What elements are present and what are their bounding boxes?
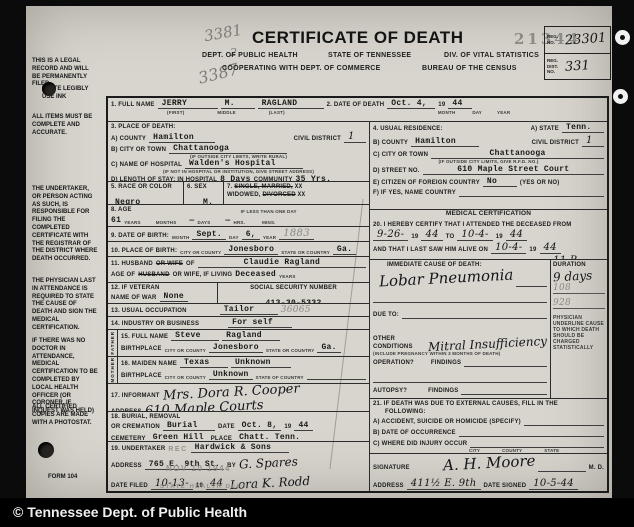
header-dept: DEPT. OF PUBLIC HEALTH bbox=[202, 52, 298, 59]
residence-state: Tenn. bbox=[562, 123, 604, 133]
certify-pre1: 19 bbox=[411, 233, 418, 241]
father-bp-state: Ga. bbox=[317, 343, 340, 353]
field-occupation: 13. USUAL OCCUPATION Tailor 36065 bbox=[108, 304, 369, 317]
spouse-age-value: Deceased bbox=[235, 270, 276, 279]
operation-rule-2 bbox=[373, 375, 547, 383]
external-b: B) DATE OF OCCURRENCE bbox=[373, 429, 456, 437]
field-burial: 18. BURIAL, REMOVAL OR CREMATION Burial … bbox=[108, 412, 369, 442]
ssn-label: SOCIAL SECURITY NUMBER bbox=[221, 284, 366, 292]
burial-year-pre: 19 bbox=[284, 423, 291, 431]
mother-tab: MOTHER bbox=[108, 357, 118, 383]
field-place-of-birth: 10. PLACE OF BIRTH: CITY OR COUNTY Jones… bbox=[108, 242, 369, 257]
mother-bp-state-line bbox=[307, 372, 366, 380]
field-industry: 14. INDUSTRY OR BUSINESS For self bbox=[108, 317, 369, 330]
date-signed-label: DATE SIGNED bbox=[484, 482, 527, 490]
external-a: A) ACCIDENT, SUICIDE OR HOMICIDE (SPECIF… bbox=[373, 418, 521, 426]
ssn-cell: SOCIAL SECURITY NUMBER 413-30-5332 bbox=[218, 283, 369, 303]
hospital-label: C) NAME OF HOSPITAL bbox=[111, 161, 182, 169]
residence-district-label: CIVIL DISTRICT bbox=[532, 139, 579, 147]
header-bureau: BUREAU OF THE CENSUS bbox=[422, 65, 517, 72]
industry-value: For self bbox=[228, 318, 292, 328]
informant-label: 17. INFORMANT bbox=[111, 392, 160, 400]
margin-note-legal-record: THIS IS A LEGAL RECORD AND WILL BE PERMA… bbox=[32, 58, 98, 89]
veteran-cell: 12. IF VETERAN NAME OF WAR None bbox=[108, 283, 218, 303]
father-bp-city-label: CITY OR COUNTY bbox=[165, 348, 206, 353]
age-years-label: YEARS bbox=[124, 220, 141, 225]
race-cell: 5. RACE OR COLOR Negro bbox=[108, 182, 184, 204]
father-bp-city: Jonesboro bbox=[209, 343, 263, 353]
cemetery-label: CEMETERY bbox=[111, 435, 146, 442]
mother-name-label: 16. MAIDEN NAME bbox=[121, 360, 177, 368]
mother-bp-city-label: CITY OR COUNTY bbox=[165, 375, 206, 380]
margin-note-undertaker: THE UNDERTAKER, OR PERSON ACTING AS SUCH… bbox=[32, 186, 98, 264]
residence-city: Chattanooga bbox=[431, 149, 604, 159]
certify-line2: AND THAT I LAST SAW HIM ALIVE ON bbox=[373, 246, 488, 254]
field-undertaker: 19. UNDERTAKER REC Hardwick & Sons ADDRE… bbox=[108, 442, 369, 491]
duration-physician-column: DURATION 9 days 108 928 PHYSICIAN UNDERL… bbox=[550, 260, 607, 398]
spouse-struck-or-wife: OR WIFE bbox=[156, 260, 183, 268]
burial-year: 44 bbox=[294, 421, 312, 431]
physician-signature: A. H. Moore bbox=[442, 453, 535, 473]
place-of-death-title: 3. PLACE OF DEATH: bbox=[111, 123, 366, 131]
undertaker-label: 19. UNDERTAKER bbox=[111, 445, 165, 453]
occupation-pencil-code: 36065 bbox=[281, 305, 311, 315]
spouse-value: Claudie Ragland bbox=[198, 258, 366, 268]
field-mother: MOTHER 16. MAIDEN NAME Texas Unknown BIR… bbox=[108, 357, 369, 384]
certify-from-year: 44 bbox=[421, 229, 442, 241]
veteran-label-2: NAME OF WAR bbox=[111, 294, 157, 302]
spouse-label: 11. HUSBAND bbox=[111, 260, 153, 268]
father-tab: FATHER bbox=[108, 330, 118, 356]
external-title-2: FOLLOWING: bbox=[385, 408, 604, 416]
reg-no-label: REG. NO. bbox=[547, 34, 565, 45]
veteran-label-1: 12. IF VETERAN bbox=[111, 284, 214, 292]
marital-xx-2: XX bbox=[298, 191, 306, 198]
state-health-dept-stamp: STATE HEALTH DEPT. bbox=[160, 484, 250, 490]
sub-middle: MIDDLE bbox=[217, 110, 235, 115]
field-race-sex-marital: 5. RACE OR COLOR Negro 6. SEX M. 7. SING… bbox=[108, 182, 369, 205]
ifyes-country-line bbox=[459, 189, 604, 197]
ifyes-country-label: F) IF YES, NAME COUNTRY bbox=[373, 189, 456, 197]
residence-state-label: A) STATE bbox=[531, 125, 559, 133]
citizen-label: E) CITIZEN OF FOREIGN COUNTRY bbox=[373, 179, 480, 187]
dob-year: 1883 bbox=[279, 228, 314, 240]
header-state: STATE OF TENNESSEE bbox=[328, 52, 411, 59]
duration-pencil-code-1: 108 bbox=[553, 283, 605, 294]
md-label: M. D. bbox=[589, 464, 604, 472]
father-content: 15. FULL NAME Steve Ragland BIRTHPLACE C… bbox=[118, 330, 369, 356]
field-external-causes: 21. IF DEATH WAS DUE TO EXTERNAL CAUSES,… bbox=[370, 399, 607, 453]
spouse-age-rest: OR WIFE, IF LIVING bbox=[173, 271, 233, 279]
burial-value: Burial bbox=[163, 421, 215, 431]
industry-label: 14. INDUSTRY OR BUSINESS bbox=[111, 320, 199, 328]
age-mins-label: MINS. bbox=[262, 220, 276, 225]
margin-note-photostat: ALL CERTIFIED COPIES ARE MADE WITH A PHO… bbox=[32, 404, 98, 427]
duration-pencil-code-2: 928 bbox=[553, 298, 605, 309]
pob-city: Jonesboro bbox=[224, 245, 278, 255]
operation-label: OPERATION? bbox=[373, 359, 414, 367]
undertaker-value: Hardwick & Sons bbox=[191, 443, 289, 453]
burial-label: 18. BURIAL, REMOVAL bbox=[111, 413, 180, 421]
residence-street-label: D) STREET NO. bbox=[373, 167, 420, 175]
mother-bp-city: Unknown bbox=[209, 370, 253, 380]
date-filed-label: DATE FILED bbox=[111, 482, 148, 490]
marital-widowed: WIDOWED, bbox=[227, 192, 261, 198]
right-column: 4. USUAL RESIDENCE: A) STATE Tenn. B) CO… bbox=[370, 122, 607, 491]
field-signature: SIGNATURE A. H. Moore M. D. bbox=[370, 453, 607, 473]
spouse-of: OF bbox=[186, 260, 195, 268]
city-or-town-value: Chattanooga bbox=[169, 144, 287, 154]
mother-birthplace-label: BIRTHPLACE bbox=[121, 372, 162, 380]
certificate-paper: 3381 2 3387 CERTIFICATE OF DEATH 21344 D… bbox=[26, 6, 612, 498]
field-operation-autopsy: OPERATION? FINDINGS AUTOPSY? FINDINGS bbox=[370, 358, 550, 398]
due-to-label: DUE TO: bbox=[373, 311, 399, 319]
dob-month: Sept. bbox=[192, 230, 226, 240]
age-label: 8. AGE bbox=[111, 206, 132, 214]
physician-address: 411½ E. 9th bbox=[407, 478, 481, 490]
due-to-line bbox=[402, 311, 547, 319]
date-signed-value: 10-5-44 bbox=[529, 478, 578, 490]
certify-from: 9-26- bbox=[373, 229, 408, 241]
certify-line1: 20. I HEREBY CERTIFY THAT I ATTENDED THE… bbox=[373, 221, 572, 229]
residence-county: Hamilton bbox=[411, 137, 479, 147]
age-hrs-dash: — bbox=[225, 216, 230, 225]
residence-city-sub: (IF OUTSIDE CITY LIMITS, GIVE R.F.D. NO.… bbox=[373, 159, 604, 164]
cause-block: IMMEDIATE CAUSE OF DEATH: Lobar Pneumoni… bbox=[370, 260, 607, 399]
reg-dist-value: 331 bbox=[565, 58, 591, 75]
field-usual-residence: 4. USUAL RESIDENCE: A) STATE Tenn. B) CO… bbox=[370, 122, 607, 210]
autopsy-line bbox=[461, 387, 547, 395]
father-bp-state-label: STATE OR COUNTRY bbox=[266, 348, 315, 353]
autopsy-findings-label: FINDINGS bbox=[428, 387, 458, 395]
external-c: C) WHERE DID INJURY OCCUR bbox=[373, 440, 467, 448]
signature-label: SIGNATURE bbox=[373, 464, 410, 472]
field-date-of-birth: 9. DATE OF BIRTH: MONTH Sept. DAY 6, YEA… bbox=[108, 227, 369, 242]
age-months-label: MONTHS bbox=[156, 220, 177, 225]
field-age: 8. AGE IF LESS THAN ONE DAY 61 YEARS MON… bbox=[108, 205, 369, 227]
received-date-stamp: NOV 10 1944 bbox=[166, 464, 231, 473]
reg-dist-label: REG. DIST. NO. bbox=[547, 58, 565, 74]
punch-hole-left-top bbox=[42, 82, 56, 96]
age-days-label: DAYS bbox=[198, 220, 211, 225]
field-veteran-ssn: 12. IF VETERAN NAME OF WAR None SOCIAL S… bbox=[108, 283, 369, 304]
field-informant: 17. INFORMANT Mrs. Dora R. Cooper ADDRES… bbox=[108, 384, 369, 412]
dob-day: 6, bbox=[242, 230, 260, 240]
certificate-title: CERTIFICATE OF DEATH bbox=[252, 28, 463, 48]
external-b-line bbox=[459, 429, 604, 437]
cause-left: IMMEDIATE CAUSE OF DEATH: Lobar Pneumoni… bbox=[370, 260, 550, 398]
residence-county-label: B) COUNTY bbox=[373, 139, 408, 147]
other-conditions-label: OTHER CONDITIONS bbox=[373, 335, 425, 351]
full-name-middle: M. bbox=[221, 99, 255, 109]
field-immediate-cause: IMMEDIATE CAUSE OF DEATH: Lobar Pneumoni… bbox=[370, 260, 550, 310]
field-certify: 20. I HEREBY CERTIFY THAT I ATTENDED THE… bbox=[370, 220, 607, 260]
hospital-value: Walden's Hospital bbox=[185, 159, 303, 169]
form-number: FORM 104 bbox=[48, 474, 114, 482]
dob-month-label: MONTH bbox=[172, 235, 190, 240]
image-credit-caption: © Tennessee Dept. of Public Health bbox=[0, 498, 634, 527]
field-other-conditions: OTHER CONDITIONS Mitral Insufficiency (I… bbox=[370, 334, 550, 358]
reg-no-cell: REG. NO. 23301 bbox=[545, 27, 610, 53]
marital-num: 7. bbox=[227, 184, 232, 190]
field-spouse: 11. HUSBAND OR WIFE OF Claudie Ragland A… bbox=[108, 257, 369, 283]
mother-content: 16. MAIDEN NAME Texas Unknown BIRTHPLACE… bbox=[118, 357, 369, 383]
occupation-value: Tailor bbox=[220, 305, 278, 315]
reg-dist-cell: REG. DIST. NO. 331 bbox=[545, 53, 610, 80]
race-value: Negro bbox=[111, 198, 145, 204]
sex-label: 6. SEX bbox=[187, 183, 220, 191]
sex-value: M. bbox=[199, 198, 217, 204]
signature-line bbox=[538, 464, 585, 472]
dob-day-label: DAY bbox=[229, 235, 239, 240]
physician-address-label: ADDRESS bbox=[373, 482, 404, 490]
date-of-death-year-pre: 19 bbox=[438, 101, 445, 109]
residence-title: 4. USUAL RESIDENCE: bbox=[373, 125, 443, 133]
age-hrs-label: HRS. bbox=[234, 220, 246, 225]
pencil-file-number-3: 3387 bbox=[196, 59, 240, 87]
scanned-death-certificate: 3381 2 3387 CERTIFICATE OF DEATH 21344 D… bbox=[0, 0, 634, 527]
margin-note-complete: ALL ITEMS MUST BE COMPLETE AND ACCURATE. bbox=[32, 114, 98, 137]
spouse-years-label: YEARS bbox=[279, 274, 296, 279]
full-name-first: JERRY bbox=[158, 99, 218, 109]
reg-no-value: 23301 bbox=[565, 31, 607, 49]
punch-hole-right-top bbox=[615, 30, 630, 45]
burial-date: Oct. 8, bbox=[238, 421, 282, 431]
certify-saw: 10-4- bbox=[491, 242, 526, 254]
occupation-label: 13. USUAL OCCUPATION bbox=[111, 307, 187, 315]
field-place-of-death: 3. PLACE OF DEATH: A) COUNTY Hamilton CI… bbox=[108, 122, 369, 182]
field-father: FATHER 15. FULL NAME Steve Ragland BIRTH… bbox=[108, 330, 369, 357]
ssn-value: 413-30-5332 bbox=[265, 299, 321, 303]
civil-district-label: CIVIL DISTRICT bbox=[294, 135, 341, 143]
sub-day: DAY bbox=[472, 110, 482, 115]
cause-line bbox=[516, 279, 547, 287]
civil-district-value: 1 bbox=[344, 131, 366, 143]
received-stamp-fragment: REC bbox=[168, 446, 187, 453]
mother-last: Unknown bbox=[231, 358, 291, 368]
certify-to-label: TO bbox=[446, 233, 455, 241]
burial-date-label: DATE bbox=[218, 423, 235, 431]
certify-pre3: 19 bbox=[529, 246, 536, 254]
header-cooperating: COOPERATING WITH DEPT. OF COMMERCE bbox=[222, 65, 381, 72]
spouse-age-pre: AGE OF bbox=[111, 271, 135, 279]
dob-year-label: YEAR bbox=[263, 235, 276, 240]
mother-first: Texas bbox=[180, 358, 228, 368]
header-vital-statistics: DIV. OF VITAL STATISTICS bbox=[444, 52, 539, 59]
cause-value: Lobar Pneumonia bbox=[379, 266, 514, 291]
father-first: Steve bbox=[171, 331, 219, 341]
spouse-age-struck: HUSBAND bbox=[138, 271, 169, 279]
registrar-label: REGISTRAR bbox=[251, 490, 366, 491]
residence-street: 610 Maple Street Court bbox=[423, 165, 604, 175]
pob-state-label: STATE OR COUNTRY bbox=[281, 250, 330, 255]
punch-hole-left-bottom bbox=[38, 442, 54, 458]
duration-value: 9 days bbox=[553, 268, 606, 285]
date-of-death-label: 2. DATE OF DEATH bbox=[327, 101, 385, 109]
pob-state: Ga. bbox=[333, 245, 356, 255]
mother-bp-state-label: STATE OF COUNTRY bbox=[256, 375, 304, 380]
medical-certification-title: MEDICAL CERTIFICATION bbox=[370, 210, 607, 220]
sub-year: YEAR bbox=[497, 110, 510, 115]
autopsy-label: AUTOPSY? bbox=[373, 387, 407, 395]
date-of-death-value: Oct. 4, bbox=[387, 99, 435, 109]
race-label: 5. RACE OR COLOR bbox=[111, 183, 180, 191]
age-years-value: 61 bbox=[111, 216, 121, 225]
marital-cell: 7. SINGLE, MARRIED, XX WIDOWED, DIVORCED… bbox=[224, 182, 369, 204]
cause-rule-2 bbox=[373, 295, 547, 303]
operation-line bbox=[464, 359, 547, 367]
marital-struck-single-married: SINGLE, MARRIED, bbox=[234, 184, 293, 190]
father-last: Ragland bbox=[222, 331, 280, 341]
marital-xx-1: XX bbox=[295, 183, 303, 190]
punch-hole-right-bottom bbox=[613, 89, 628, 104]
city-or-town-label: B) CITY OR TOWN bbox=[111, 146, 166, 154]
external-a-line bbox=[524, 418, 604, 426]
length-of-stay-community: 35 Yrs. bbox=[296, 175, 332, 182]
full-name-last: RAGLAND bbox=[258, 99, 324, 109]
certify-to-year: 44 bbox=[506, 229, 527, 241]
residence-district: 1 bbox=[582, 135, 604, 147]
father-name-label: 15. FULL NAME bbox=[121, 333, 168, 341]
field-physician-address: ADDRESS 411½ E. 9th DATE SIGNED 10-5-44 bbox=[370, 473, 607, 491]
row-full-name: 1. FULL NAME JERRY M. RAGLAND 2. DATE OF… bbox=[108, 98, 607, 122]
field-due-to: DUE TO: bbox=[370, 310, 550, 334]
citizen-value: No bbox=[483, 177, 517, 187]
date-of-death-year: 44 bbox=[448, 99, 472, 109]
margin-note-physician: THE PHYSICIAN LAST IN ATTENDANCE IS REQU… bbox=[32, 278, 98, 333]
burial-place-label: PLACE bbox=[211, 435, 232, 442]
physician-underline-note: PHYSICIAN UNDERLINE CAUSE TO WHICH DEATH… bbox=[553, 315, 605, 351]
county-label: A) COUNTY bbox=[111, 135, 146, 143]
residence-city-label: C) CITY OR TOWN bbox=[373, 151, 428, 159]
citizen-sub: (YES OR NO) bbox=[520, 179, 560, 187]
county-value: Hamilton bbox=[149, 133, 215, 143]
certify-saw-year: 44 bbox=[540, 242, 561, 254]
undertaker-by-signature: G. Spares bbox=[239, 454, 298, 471]
registration-box: REG. NO. 23301 REG. DIST. NO. 331 bbox=[544, 26, 611, 80]
undertaker-address-label: ADDRESS bbox=[111, 462, 142, 470]
marital-struck-divorced: DIVORCED bbox=[262, 192, 295, 198]
sex-cell: 6. SEX M. bbox=[184, 182, 224, 204]
pencil-file-number-1: 3381 bbox=[203, 21, 244, 45]
left-column: 3. PLACE OF DEATH: A) COUNTY Hamilton CI… bbox=[108, 122, 370, 491]
length-of-stay-hospital: 8 Days bbox=[220, 175, 251, 182]
certify-pre2: 19 bbox=[496, 233, 503, 241]
burial-label-2: OR CREMATION bbox=[111, 423, 160, 431]
burial-place: Chatt. Tenn. bbox=[235, 433, 304, 442]
pob-city-label: CITY OR COUNTY bbox=[180, 250, 221, 255]
sub-first: (FIRST) bbox=[167, 110, 184, 115]
sub-last: (LAST) bbox=[269, 110, 285, 115]
full-name-label: 1. FULL NAME bbox=[111, 101, 155, 109]
operation-findings-label: FINDINGS bbox=[431, 359, 461, 367]
age-days-dash: — bbox=[189, 216, 194, 225]
certificate-form: 1. FULL NAME JERRY M. RAGLAND 2. DATE OF… bbox=[106, 96, 609, 493]
cemetery-value: Green Hill bbox=[149, 433, 208, 442]
father-birthplace-label: BIRTHPLACE bbox=[121, 345, 162, 353]
external-c-line bbox=[470, 440, 604, 448]
veteran-value: None bbox=[160, 292, 188, 302]
dob-label: 9. DATE OF BIRTH: bbox=[111, 232, 169, 240]
certify-to: 10-4- bbox=[457, 229, 492, 241]
sub-month: MONTH bbox=[438, 110, 456, 115]
pob-label: 10. PLACE OF BIRTH: bbox=[111, 247, 177, 255]
age-lt-one-day: IF LESS THAN ONE DAY bbox=[241, 209, 297, 214]
external-title-1: 21. IF DEATH WAS DUE TO EXTERNAL CAUSES,… bbox=[373, 400, 604, 408]
